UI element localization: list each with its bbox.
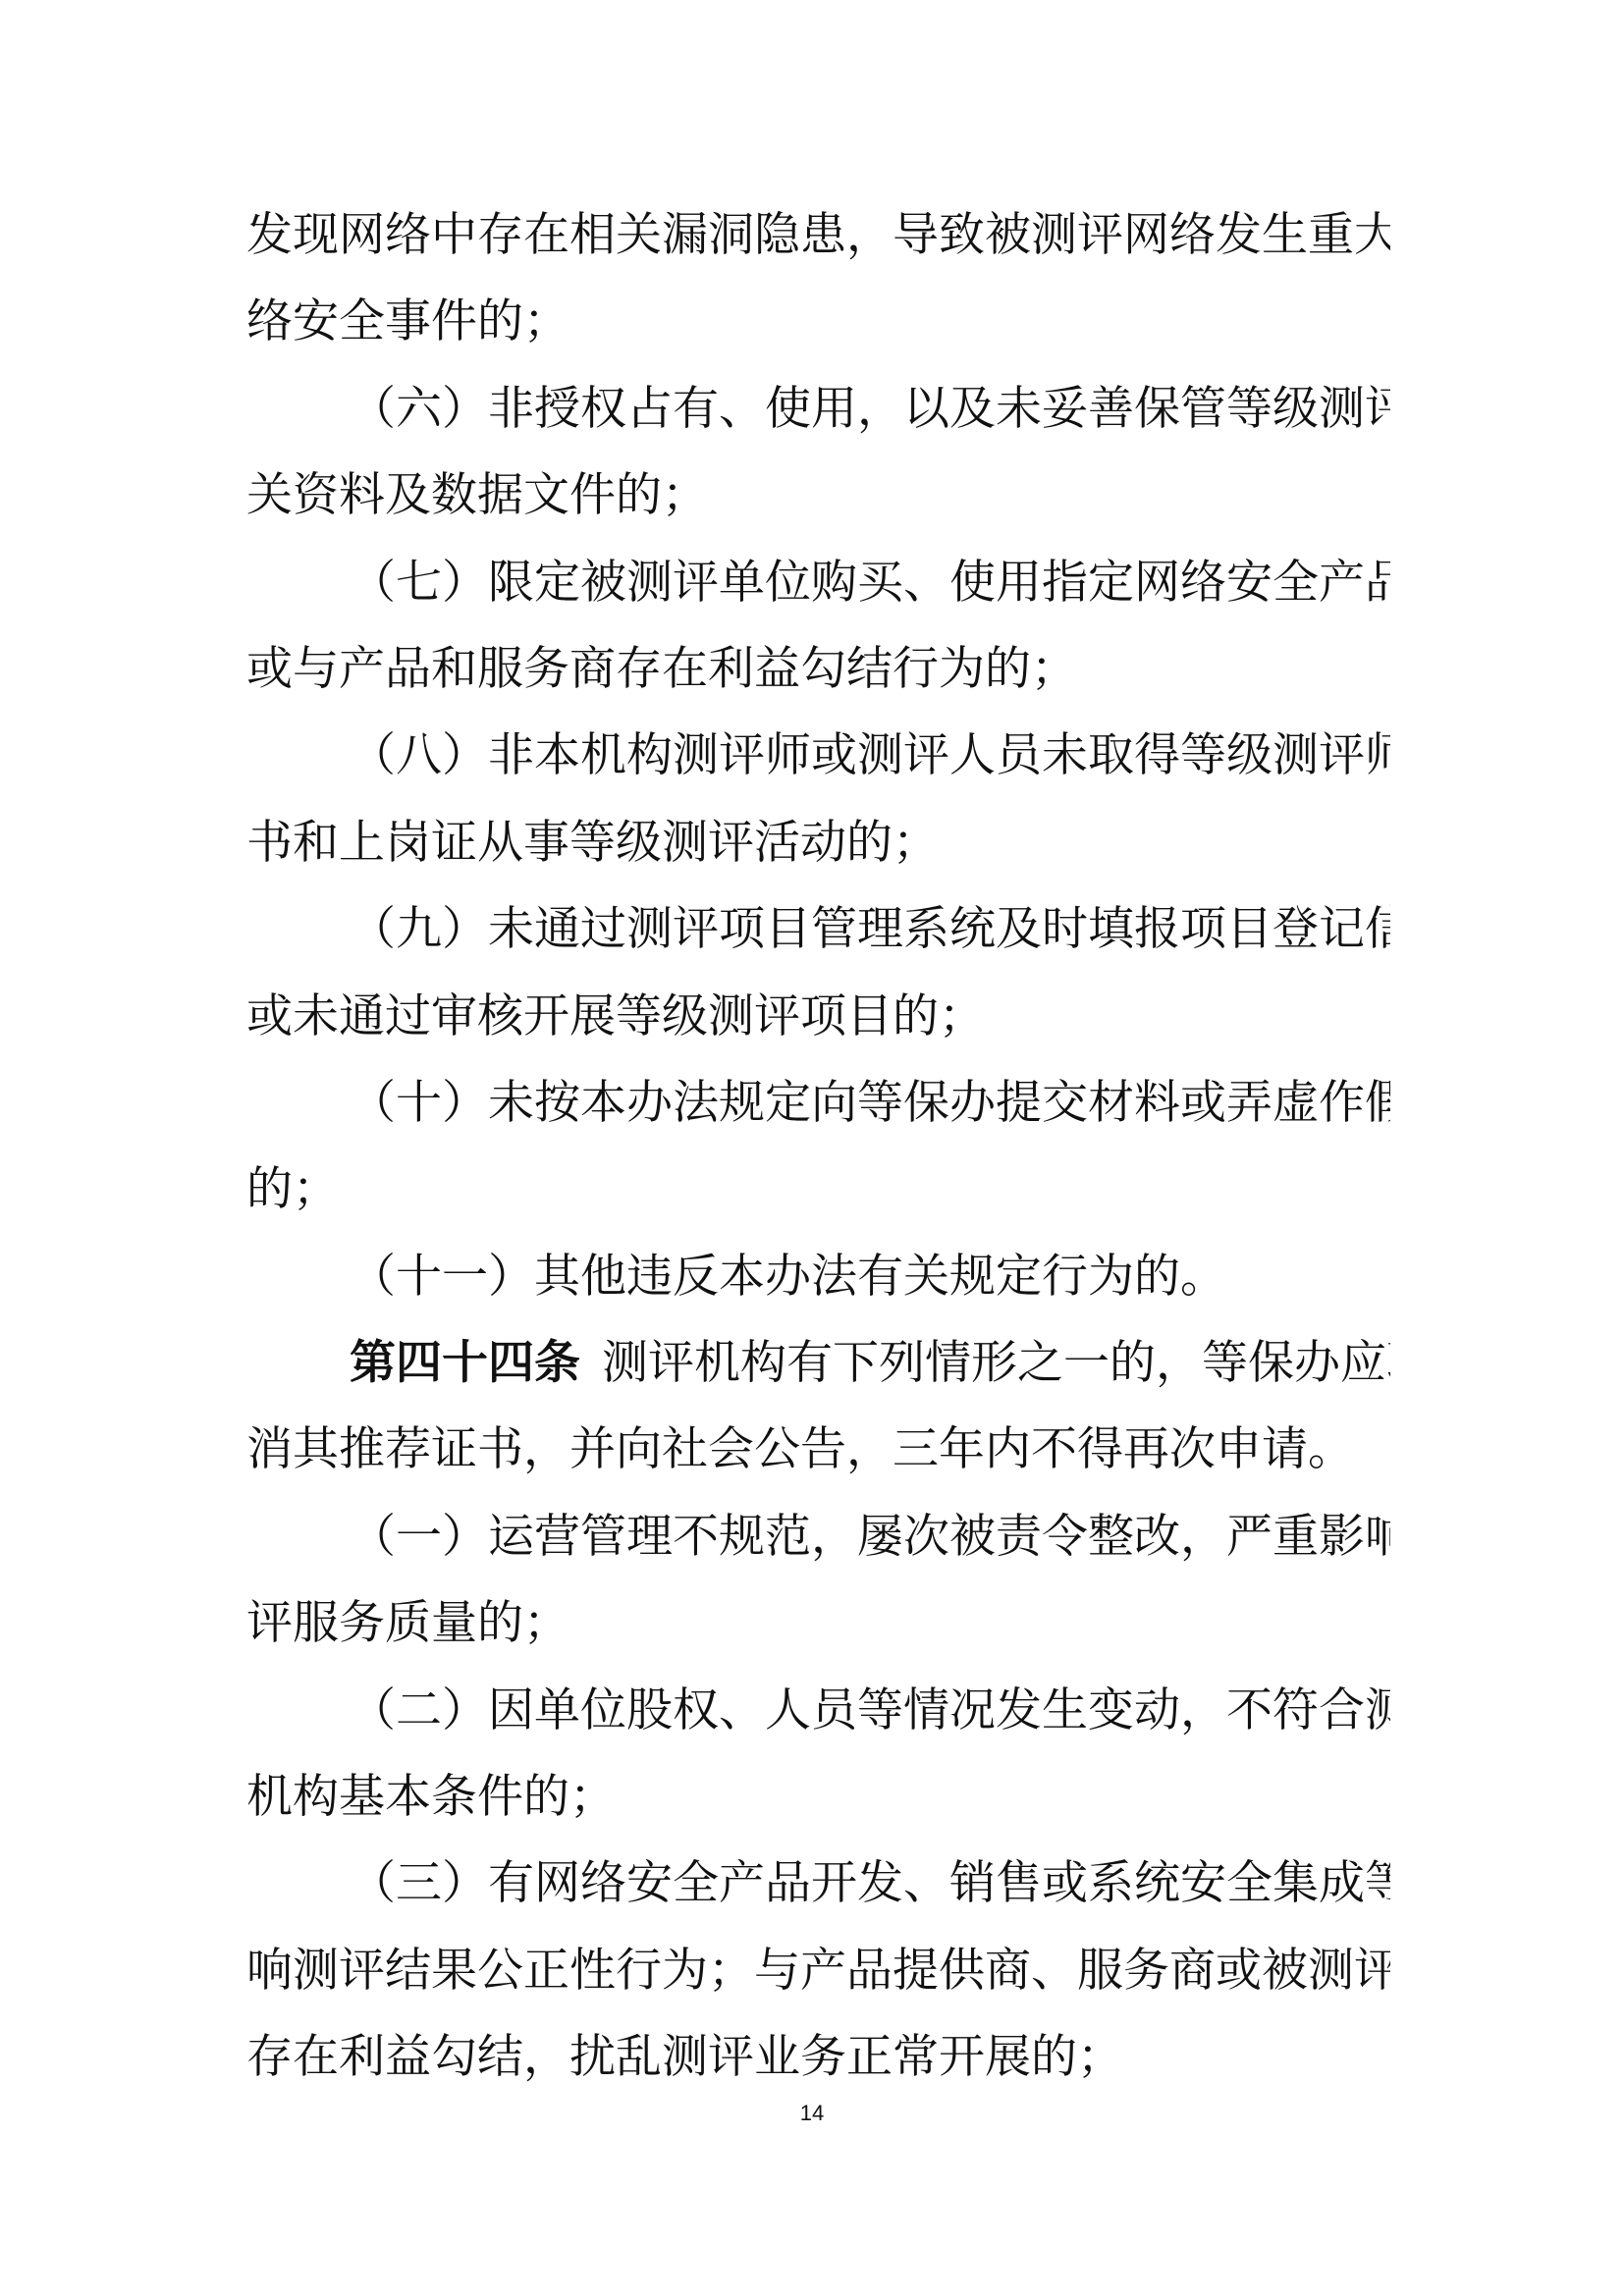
- text-line: （十）未按本办法规定向等保办提交材料或弄虚作假: [246, 1060, 1390, 1147]
- text-line: （七）限定被测评单位购买、使用指定网络安全产品，: [246, 540, 1390, 626]
- text-line: 书和上岗证从事等级测评活动的；: [246, 800, 1390, 886]
- text-line: 或与产品和服务商存在利益勾结行为的；: [246, 626, 1390, 713]
- text-line: （二）因单位股权、人员等情况发生变动，不符合测评: [246, 1668, 1390, 1754]
- text-line: （三）有网络安全产品开发、销售或系统安全集成等影: [246, 1841, 1390, 1927]
- text-line: 或未通过审核开展等级测评项目的；: [246, 974, 1390, 1060]
- page-number: 14: [0, 2101, 1624, 2126]
- text-line: （六）非授权占有、使用，以及未妥善保管等级测评相: [246, 366, 1390, 453]
- text-line: （十一）其他违反本办法有关规定行为的。: [246, 1234, 1390, 1320]
- document-body: 发现网络中存在相关漏洞隐患，导致被测评网络发生重大网 络安全事件的； （六）非授…: [246, 192, 1390, 2102]
- text-line: （八）非本机构测评师或测评人员未取得等级测评师证: [246, 713, 1390, 799]
- text-line: 络安全事件的；: [246, 279, 1390, 365]
- text-line: 的；: [246, 1147, 1390, 1233]
- article-heading-line: 第四十四条测评机构有下列情形之一的，等保办应取: [246, 1320, 1390, 1407]
- document-page: 发现网络中存在相关漏洞隐患，导致被测评网络发生重大网 络安全事件的； （六）非授…: [0, 0, 1624, 2296]
- article-text: 测评机构有下列情形之一的，等保办应取: [602, 1336, 1390, 1390]
- article-number: 第四十四条: [350, 1336, 580, 1390]
- text-line: 消其推荐证书，并向社会公告，三年内不得再次申请。: [246, 1407, 1390, 1493]
- text-line: 关资料及数据文件的；: [246, 453, 1390, 539]
- text-line: 响测评结果公正性行为；与产品提供商、服务商或被测评方: [246, 1928, 1390, 2014]
- text-line: 发现网络中存在相关漏洞隐患，导致被测评网络发生重大网: [246, 192, 1390, 279]
- text-line: 存在利益勾结，扰乱测评业务正常开展的；: [246, 2014, 1390, 2101]
- text-line: 机构基本条件的；: [246, 1754, 1390, 1841]
- text-line: （一）运营管理不规范，屡次被责令整改，严重影响测: [246, 1494, 1390, 1580]
- text-line: （九）未通过测评项目管理系统及时填报项目登记信息: [246, 886, 1390, 973]
- text-line: 评服务质量的；: [246, 1580, 1390, 1667]
